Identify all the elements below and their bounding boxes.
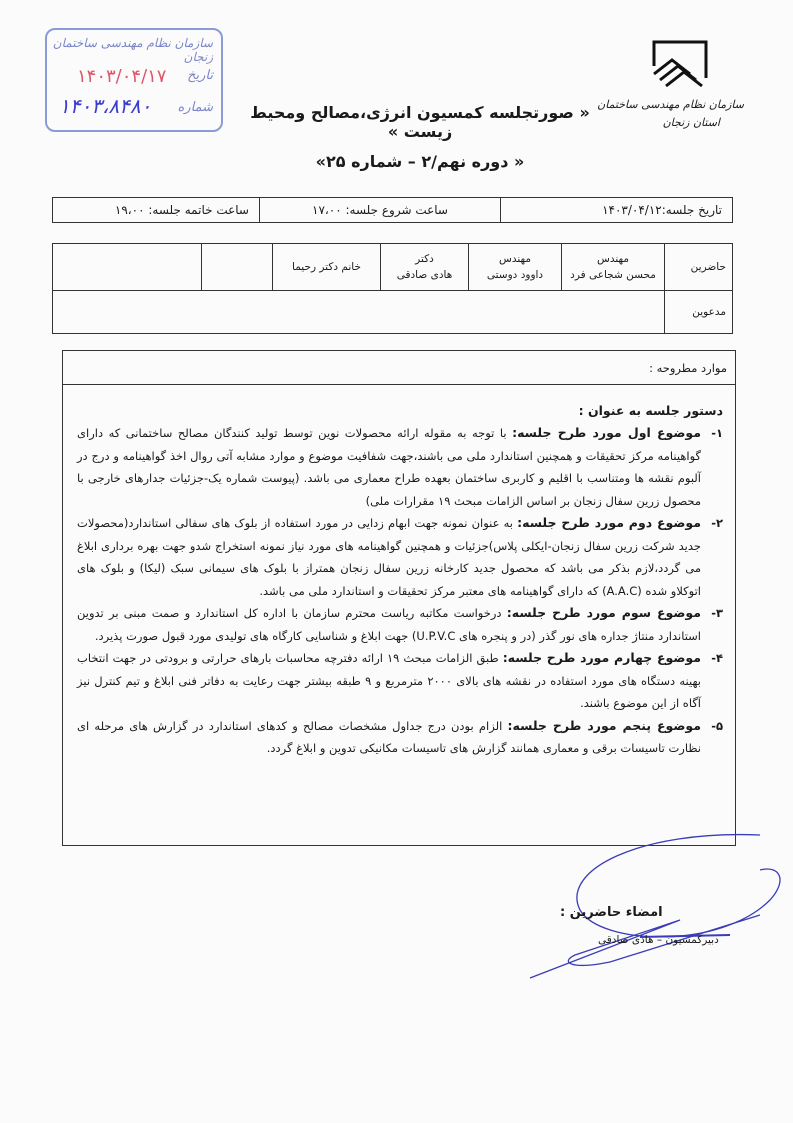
agenda-header: موارد مطروحه :	[63, 351, 735, 385]
stamp-number-value: ۱۴۰۳،۸۴۸۰	[59, 94, 151, 118]
stamp-date-label: تاریخ	[187, 68, 213, 83]
attendees-table: حاضرین مهندسمحسن شجاعی فرد مهندسداوود دو…	[52, 243, 733, 334]
item-number: ۴-	[701, 647, 723, 715]
logo-text-line2: استان زنجان	[663, 116, 720, 129]
attendee-3: دکترهادی صادقی	[381, 244, 469, 291]
attendee-title: مهندس	[470, 251, 560, 267]
present-label: حاضرین	[665, 244, 733, 291]
item-heading: موضوع سوم مورد طرح جلسه:	[507, 605, 701, 620]
agenda-intro: دستور جلسه به عنوان :	[63, 403, 723, 418]
attendee-title: دکتر	[382, 251, 467, 267]
attendee-name: هادی صادقی	[382, 267, 467, 283]
stamp-date-value: ۱۴۰۳/۰۴/۱۷	[77, 66, 166, 87]
attendee-name: داوود دوستی	[470, 267, 560, 283]
agenda-item-2: ۲- موضوع دوم مورد طرح جلسه: به عنوان نمو…	[77, 512, 723, 602]
building-logo-icon	[650, 40, 710, 90]
attendee-title: مهندس	[563, 251, 663, 267]
agenda-item-3: ۳- موضوع سوم مورد طرح جلسه: درخواست مکات…	[77, 602, 723, 647]
session-info-table: تاریخ جلسه:۱۴۰۳/۰۴/۱۲ ساعت شروع جلسه: ۱۷…	[52, 197, 733, 223]
agenda-item-5: ۵- موضوع پنجم مورد طرح جلسه: الزام بودن …	[77, 715, 723, 760]
item-number: ۳-	[701, 602, 723, 647]
agenda-item-4: ۴- موضوع چهارم مورد طرح جلسه: طبق الزاما…	[77, 647, 723, 715]
agenda-item-1: ۱- موضوع اول مورد طرح جلسه: با توجه به م…	[77, 422, 723, 512]
item-heading: موضوع دوم مورد طرح جلسه:	[517, 515, 701, 530]
registration-stamp: سازمان نظام مهندسی ساختمان زنجان تاریخ ۱…	[45, 28, 223, 132]
attendee-4: خانم دکتر رحیما	[273, 244, 381, 291]
signatures-title: امضاء حاضرین :	[560, 905, 663, 920]
stamp-organization: سازمان نظام مهندسی ساختمان زنجان	[47, 36, 213, 64]
agenda-box: موارد مطروحه : دستور جلسه به عنوان : ۱- …	[62, 350, 736, 846]
item-heading: موضوع چهارم مورد طرح جلسه:	[503, 650, 701, 665]
session-end-time: ساعت خاتمه جلسه: ۱۹،۰۰	[53, 198, 260, 223]
attendee-name: محسن شجاعی فرد	[563, 267, 663, 283]
stamp-number-label: شماره	[178, 100, 213, 115]
item-number: ۵-	[701, 715, 723, 760]
document-title: « صورتجلسه کمسیون انرژی،مصالح ومحیط زیست…	[230, 103, 610, 141]
attendee-1: مهندسمحسن شجاعی فرد	[562, 244, 665, 291]
invited-list	[53, 291, 665, 334]
attendee-name: خانم دکتر رحیما	[274, 259, 379, 275]
item-heading: موضوع پنجم مورد طرح جلسه:	[508, 718, 702, 733]
item-heading: موضوع اول مورد طرح جلسه:	[512, 425, 701, 440]
logo-text-line1: سازمان نظام مهندسی ساختمان	[597, 98, 744, 111]
invited-label: مدعوین	[665, 291, 733, 334]
signer-name: دبیرکمسیون – هادی صادقی	[598, 934, 719, 946]
item-number: ۱-	[701, 422, 723, 512]
document-subtitle: « دوره نهم/۲ – شماره ۲۵»	[300, 152, 540, 171]
attendee-2: مهندسداوود دوستی	[469, 244, 562, 291]
session-date: تاریخ جلسه:۱۴۰۳/۰۴/۱۲	[501, 198, 733, 223]
attendee-5	[202, 244, 273, 291]
session-start-time: ساعت شروع جلسه: ۱۷،۰۰	[260, 198, 501, 223]
item-number: ۲-	[701, 512, 723, 602]
attendee-6	[53, 244, 202, 291]
